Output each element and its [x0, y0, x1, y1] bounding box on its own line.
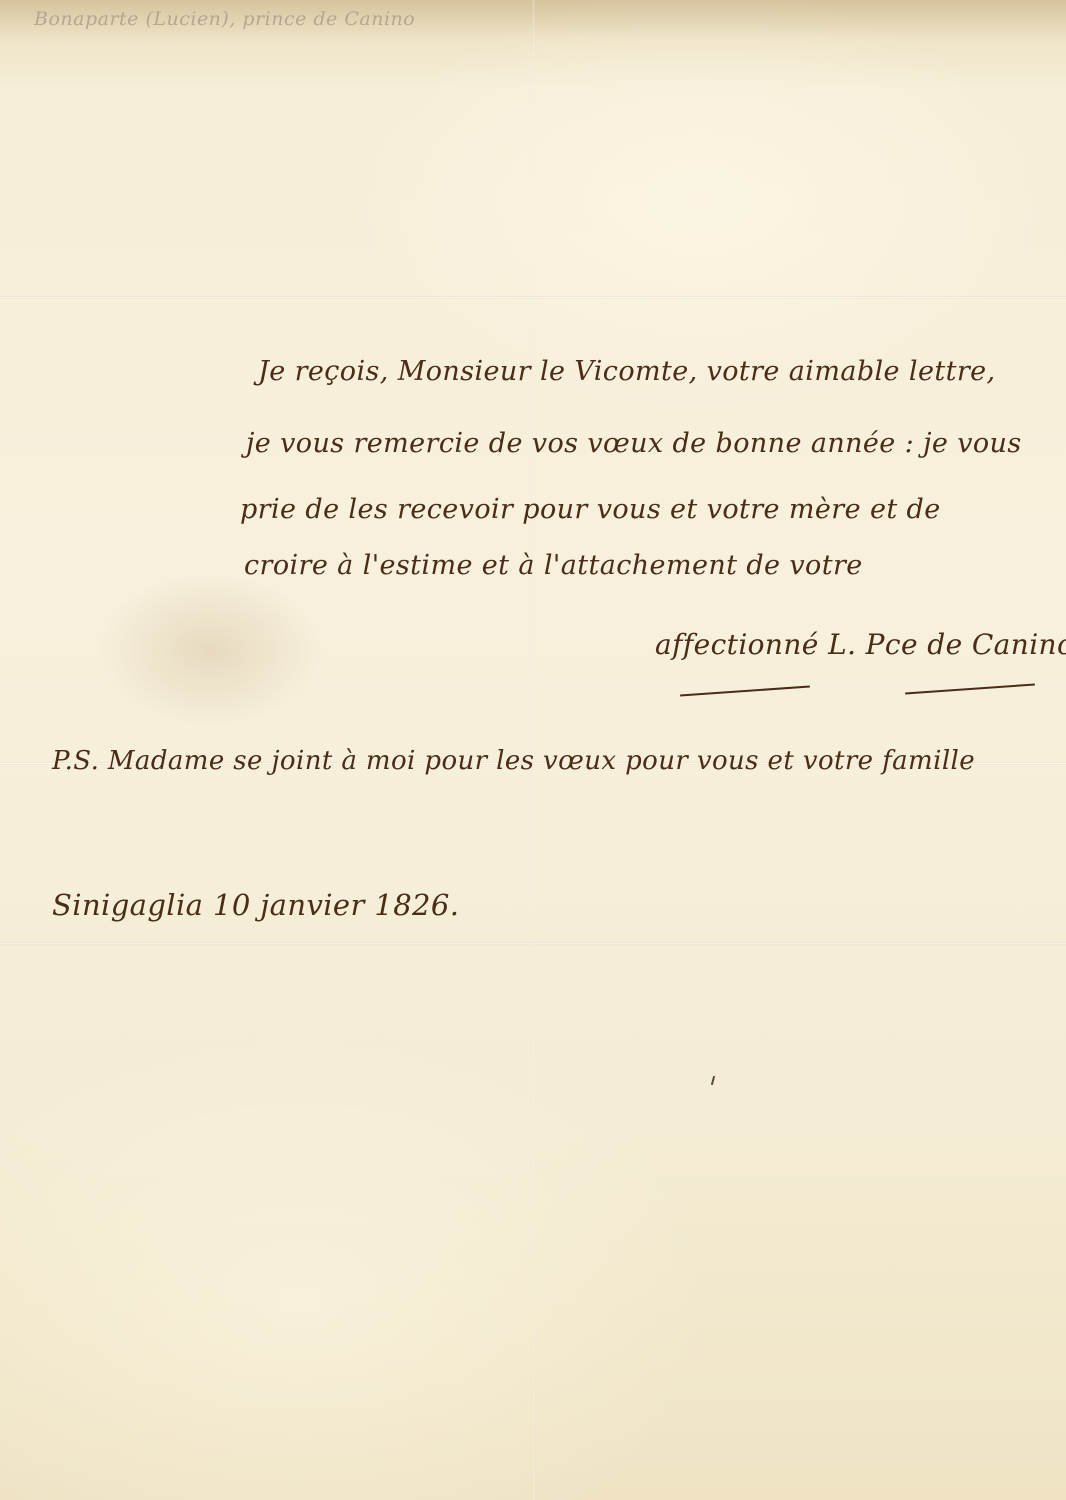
- letter-line-2: je vous remercie de vos vœux de bonne an…: [246, 428, 1022, 459]
- letter-line-4: croire à l'estime et à l'attachement de …: [244, 550, 863, 581]
- letter-line-3: prie de les recevoir pour vous et votre …: [240, 494, 941, 525]
- letter-line-1: Je reçois, Monsieur le Vicomte, votre ai…: [258, 356, 996, 387]
- ink-speck: [711, 1076, 715, 1085]
- archival-annotation: Bonaparte (Lucien), prince de Canino: [34, 8, 415, 30]
- place-and-date: Sinigaglia 10 janvier 1826.: [52, 888, 459, 922]
- letter-page: Bonaparte (Lucien), prince de Canino Je …: [0, 0, 1066, 1500]
- signature-flourish: [905, 683, 1035, 694]
- signature-flourish: [680, 685, 810, 696]
- postscript: P.S. Madame se joint à moi pour les vœux…: [52, 746, 975, 776]
- signature: affectionné L. Pce de Canino: [655, 628, 1066, 661]
